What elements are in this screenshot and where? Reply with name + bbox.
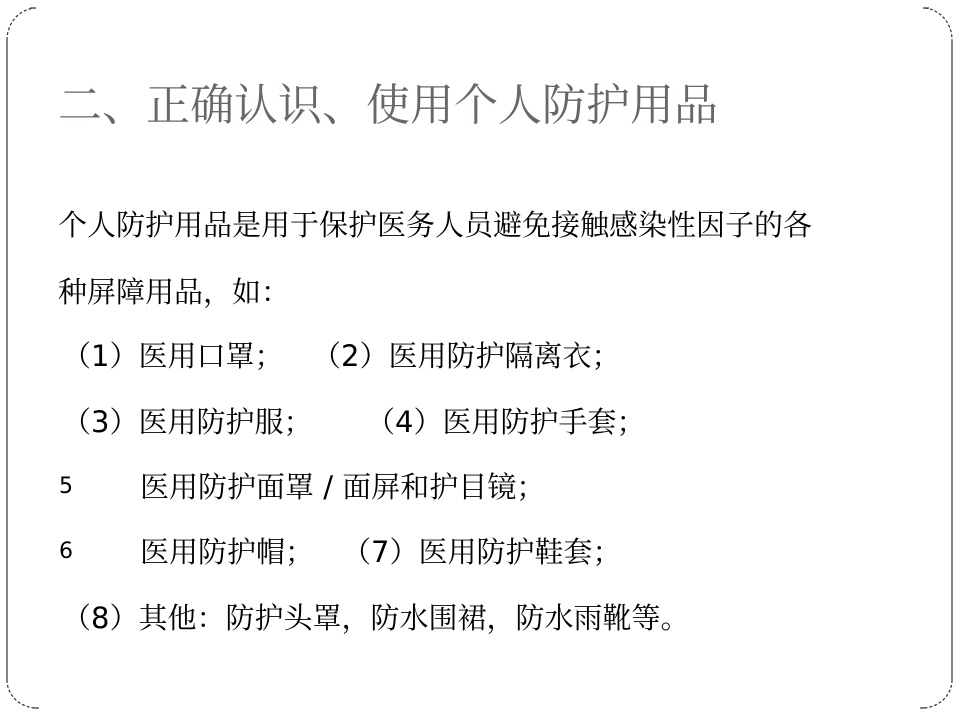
- list-item-2: （2）医用防护隔离衣；: [312, 336, 620, 376]
- list-item-6: 医用防护帽；: [140, 532, 314, 572]
- list-item-4: （4）医用防护手套；: [366, 402, 645, 442]
- list-number-5: 5: [59, 467, 73, 507]
- list-item-3: （3）医用防护服；: [62, 402, 312, 442]
- list-item-7: （7）医用防护鞋套；: [342, 532, 621, 572]
- list-item-8: （8）其他：防护头罩，防水围裙，防水雨靴等。: [62, 598, 689, 638]
- intro-line-2: 种屏障用品，如：: [58, 272, 290, 312]
- list-item-1: （1）医用口罩；: [62, 336, 283, 376]
- slide-title: 二、正确认识、使用个人防护用品: [58, 78, 718, 134]
- intro-line-1: 个人防护用品是用于保护医务人员避免接触感染性因子的各: [58, 205, 812, 245]
- list-item-5: 医用防护面罩 / 面屏和护目镜；: [140, 467, 545, 507]
- list-number-6: 6: [59, 532, 73, 572]
